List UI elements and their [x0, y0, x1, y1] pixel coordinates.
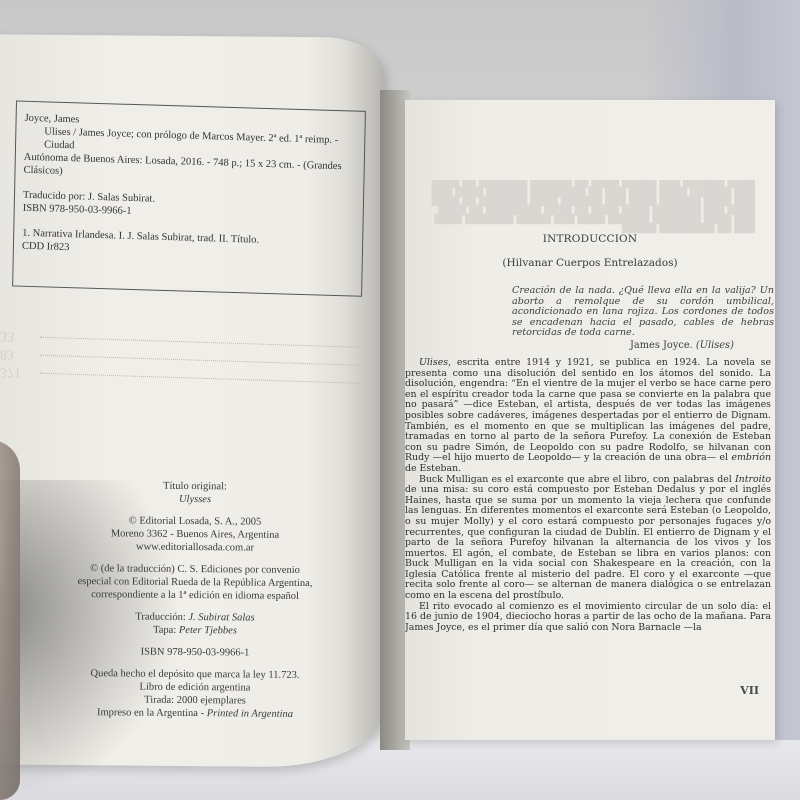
- paragraph-2: Buck Mulligan es el exarconte que abre e…: [405, 475, 771, 602]
- chapter-title: INTRODUCCION: [405, 233, 775, 245]
- show-through-dotted-line: [40, 337, 360, 348]
- body-text: Ulises, escrita entre 1914 y 1921, se pu…: [405, 358, 771, 633]
- cip-catalog-record-box: Joyce, James Ulises / James Joyce; con p…: [12, 101, 366, 297]
- chapter-subtitle: (Hilvanar Cuerpos Entrelazados): [405, 257, 775, 269]
- paragraph-3: El rito evocado al comienzo es el movimi…: [405, 602, 771, 634]
- show-through-dotted-line: [40, 355, 360, 366]
- epigraph: Creación de la nada. ¿Qué lleva ella en …: [512, 286, 774, 339]
- show-through-page-number: 371: [0, 363, 21, 379]
- original-title: Ulysses: [179, 494, 211, 505]
- show-through-dotted-line: [40, 373, 360, 384]
- paragraph-1: Ulises, escrita entre 1914 y 1921, se pu…: [405, 358, 771, 475]
- thumb: [0, 440, 20, 800]
- epigraph-attribution: James Joyce. (Ulises): [630, 340, 734, 351]
- hand-shadow: [0, 480, 180, 800]
- show-through-page-number: 83: [0, 345, 14, 361]
- page-number: VII: [740, 684, 759, 697]
- right-page-introduction: ████ ██████ ███ █████ ████ ██ ██████ ███…: [405, 100, 775, 740]
- show-through-page-number: 33: [0, 327, 14, 343]
